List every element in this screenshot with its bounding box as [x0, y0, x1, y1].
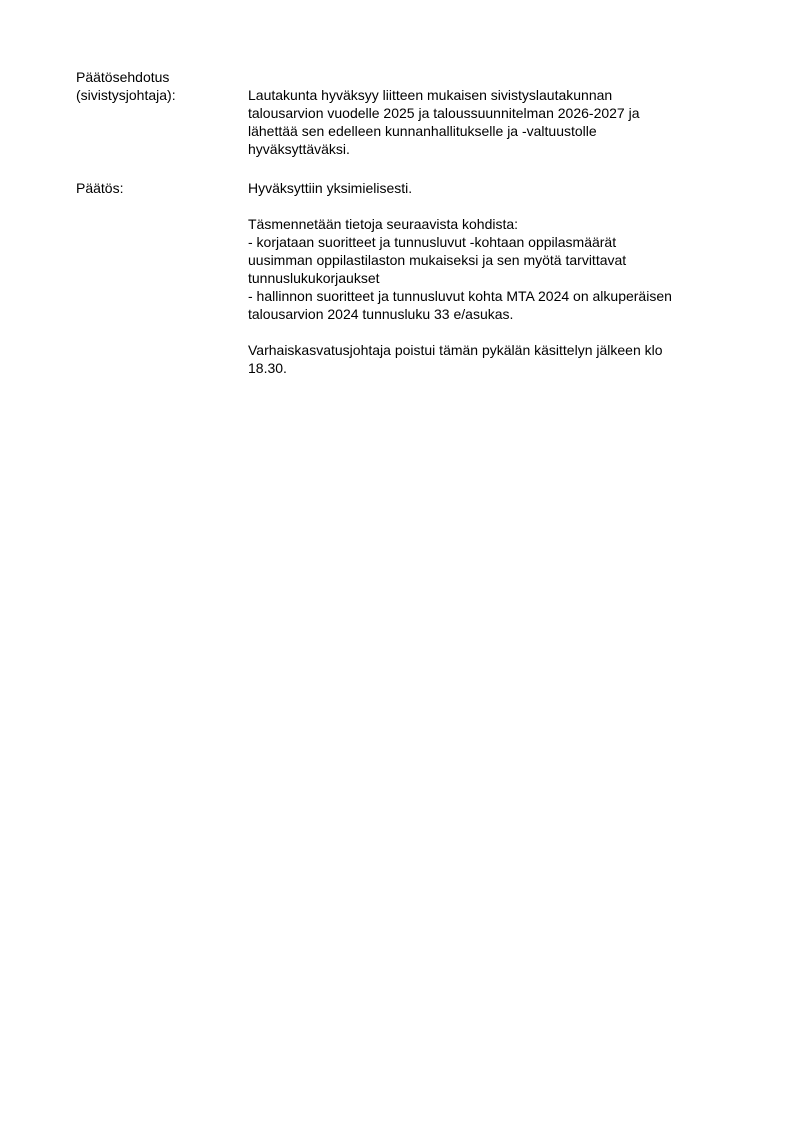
- clarification-line: talousarvion 2024 tunnusluku 33 e/asukas…: [248, 305, 748, 323]
- proposal-label: Päätösehdotus (sivistysjohtaja):: [76, 68, 176, 104]
- proposal-line: hyväksyttäväksi.: [248, 140, 748, 158]
- note-line: 18.30.: [248, 359, 748, 377]
- decision-label-text: Päätös:: [76, 179, 123, 197]
- proposal-text: Lautakunta hyväksyy liitteen mukaisen si…: [248, 86, 748, 158]
- proposal-line: Lautakunta hyväksyy liitteen mukaisen si…: [248, 86, 748, 104]
- note-line: Varhaiskasvatusjohtaja poistui tämän pyk…: [248, 341, 748, 359]
- clarification-line: - korjataan suoritteet ja tunnusluvut -k…: [248, 233, 748, 251]
- clarification-line: tunnuslukukorjaukset: [248, 269, 748, 287]
- decision-label: Päätös:: [76, 179, 123, 197]
- decision-text: Hyväksyttiin yksimielisesti. Täsmennetää…: [248, 179, 748, 377]
- decision-result: Hyväksyttiin yksimielisesti.: [248, 179, 748, 197]
- proposal-label-line2: (sivistysjohtaja):: [76, 86, 176, 104]
- clarification-line: uusimman oppilastilaston mukaiseksi ja s…: [248, 251, 748, 269]
- proposal-label-line1: Päätösehdotus: [76, 68, 176, 86]
- proposal-line: lähettää sen edelleen kunnanhallituksell…: [248, 122, 748, 140]
- document-page: Päätösehdotus (sivistysjohtaja): Lautaku…: [0, 0, 794, 1122]
- proposal-line: talousarvion vuodelle 2025 ja taloussuun…: [248, 104, 748, 122]
- clarification-line: Täsmennetään tietoja seuraavista kohdist…: [248, 215, 748, 233]
- clarification-line: - hallinnon suoritteet ja tunnusluvut ko…: [248, 287, 748, 305]
